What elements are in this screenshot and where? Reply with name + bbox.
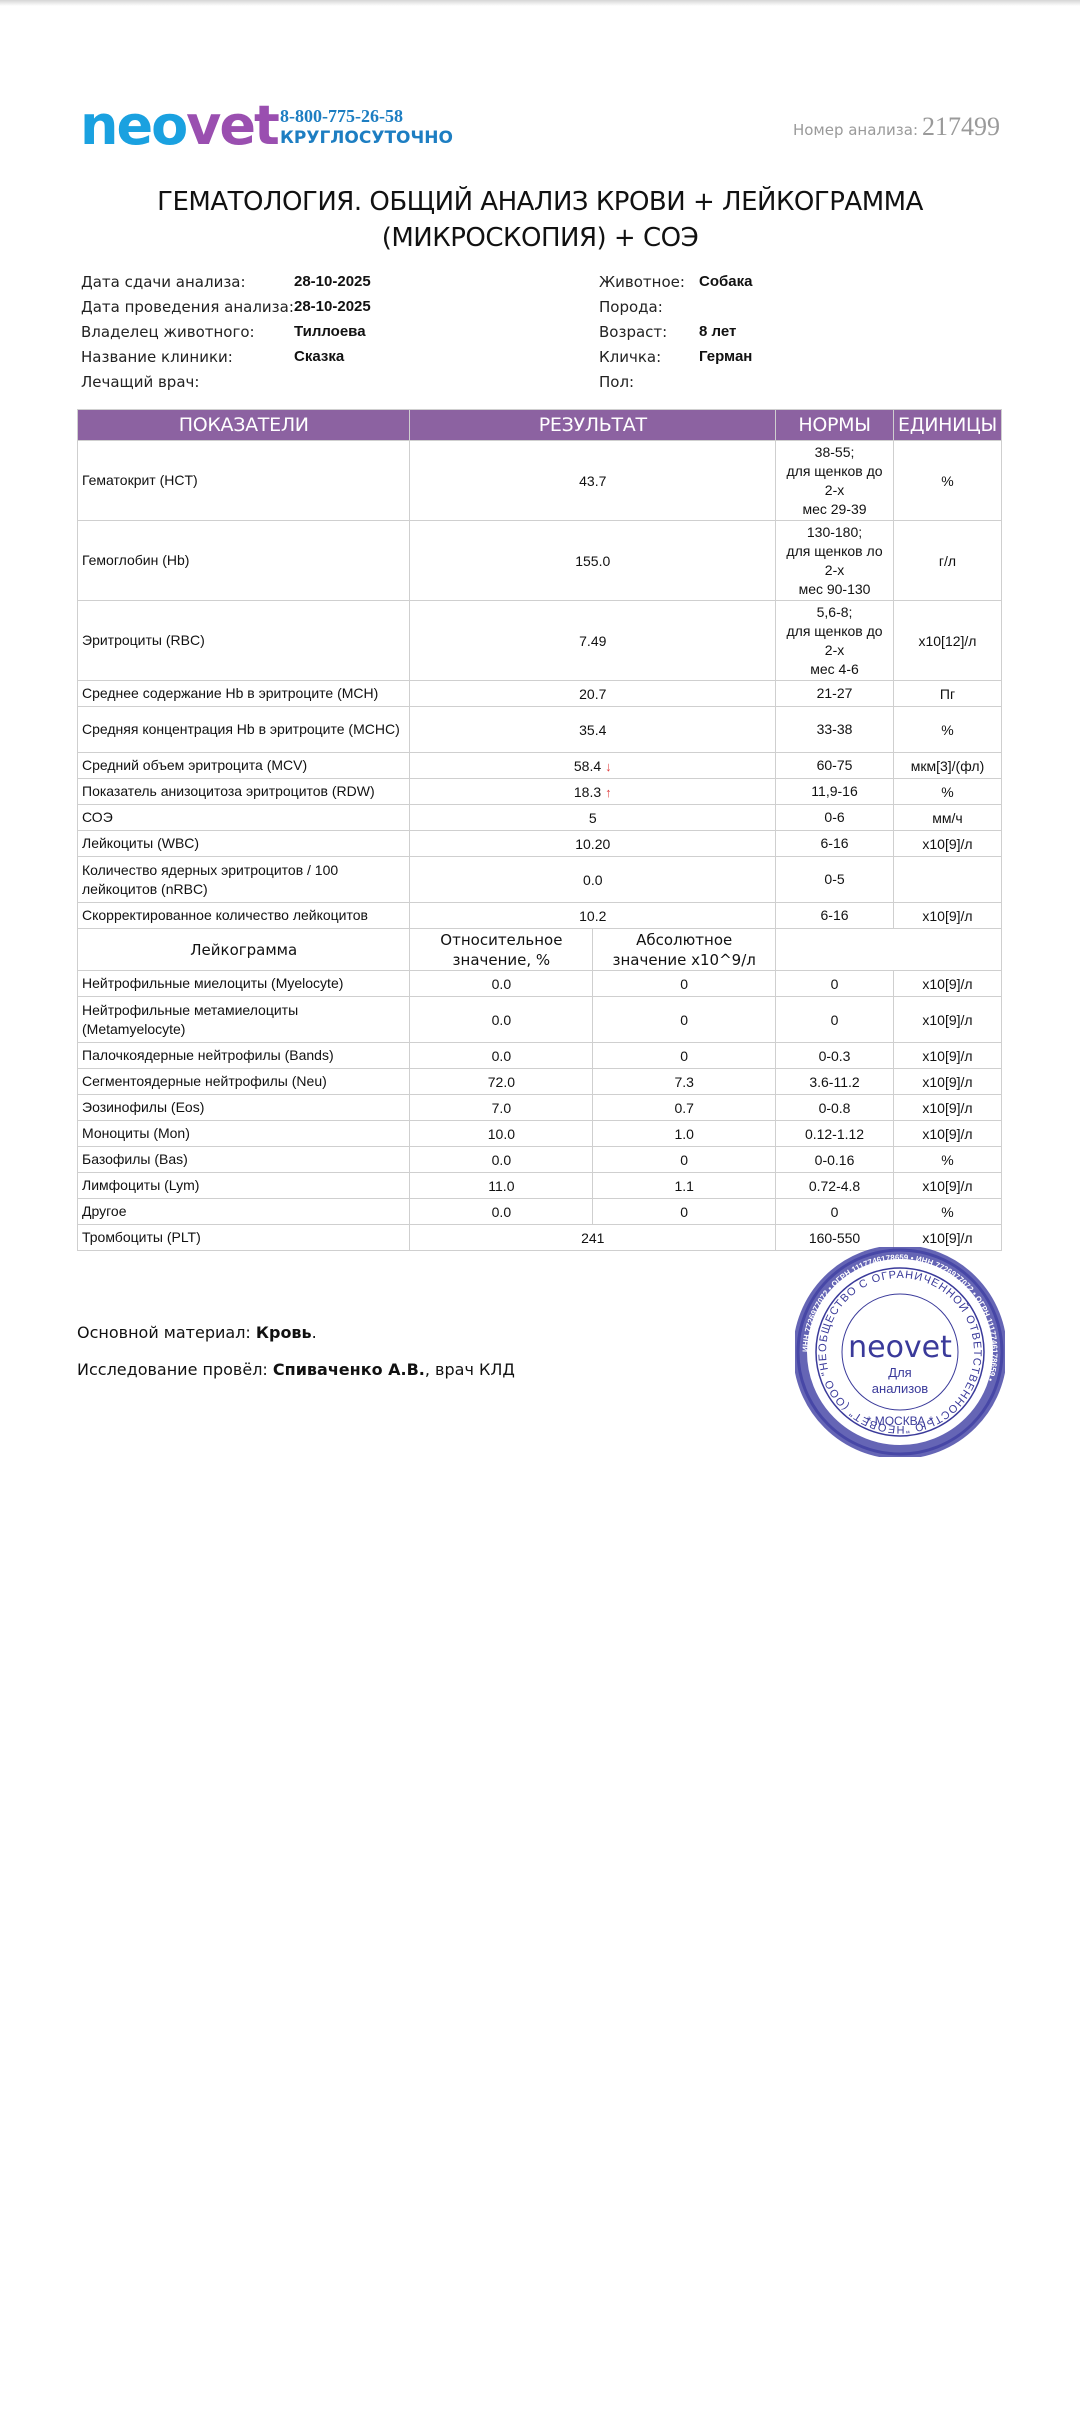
norm-range: 0	[776, 997, 894, 1043]
researcher-title: , врач КЛД	[425, 1360, 515, 1379]
relative-value: 0.0	[410, 997, 593, 1043]
table-row: Эритроциты (RBC)7.495,6-8; для щенков до…	[78, 601, 1002, 681]
info-label: Дата проведения анализа:	[81, 298, 294, 316]
unit: мкм[3]/(фл)	[893, 753, 1001, 779]
neovet-logo: neovet	[80, 98, 278, 154]
analysis-number-value: 217499	[922, 112, 1000, 141]
result-number: 155.0	[575, 553, 610, 569]
result-number: 7.49	[579, 633, 606, 649]
table-row: Средняя концентрация Hb в эритроците (MC…	[78, 707, 1002, 753]
result-number: 35.4	[579, 722, 606, 738]
empty-cell	[776, 929, 1002, 971]
norm-range: 6-16	[776, 831, 894, 857]
absolute-value: 1.0	[593, 1121, 776, 1147]
unit: %	[893, 441, 1001, 521]
info-row: Владелец животного:Тиллоева	[81, 319, 371, 344]
table-row: Количество ядерных эритроцитов / 100 лей…	[78, 857, 1002, 903]
researcher-name: Спиваченко А.В.	[273, 1360, 425, 1379]
info-label: Кличка:	[599, 348, 699, 366]
result-value: 10.2	[410, 903, 776, 929]
indicator-name: СОЭ	[78, 805, 410, 831]
phone-number[interactable]: 8-800-775-26-58	[280, 106, 403, 127]
info-row: Возраст:8 лет	[599, 319, 752, 344]
table-row: СОЭ50-6мм/ч	[78, 805, 1002, 831]
indicator-name: Лейкоциты (WBC)	[78, 831, 410, 857]
result-value: 155.0	[410, 521, 776, 601]
info-value: Тиллоева	[294, 323, 366, 340]
norm-range: 60-75	[776, 753, 894, 779]
norm-range: 0	[776, 971, 894, 997]
cell-type-name: Лимфоциты (Lym)	[78, 1173, 410, 1199]
result-value: 241	[410, 1225, 776, 1251]
patient-info-right: Животное:СобакаПорода:Возраст:8 летКличк…	[599, 269, 752, 394]
leukogram-row: Нейтрофильные метамиелоциты (Metamyelocy…	[78, 997, 1002, 1043]
info-label: Животное:	[599, 273, 699, 291]
header-units: ЕДИНИЦЫ	[893, 410, 1001, 441]
info-row: Название клиники:Сказка	[81, 344, 371, 369]
unit: x10[9]/л	[893, 1173, 1001, 1199]
info-row: Животное:Собака	[599, 269, 752, 294]
info-row: Пол:	[599, 369, 752, 394]
indicator-name: Средняя концентрация Hb в эритроците (MC…	[78, 707, 410, 753]
absolute-value: 0.7	[593, 1095, 776, 1121]
absolute-value: 0	[593, 997, 776, 1043]
indicator-name: Средний объем эритроцита (MCV)	[78, 753, 410, 779]
norm-range: 0.12-1.12	[776, 1121, 894, 1147]
indicator-name: Эритроциты (RBC)	[78, 601, 410, 681]
absolute-value: 7.3	[593, 1069, 776, 1095]
cell-type-name: Нейтрофильные метамиелоциты (Metamyelocy…	[78, 997, 410, 1043]
info-label: Дата сдачи анализа:	[81, 273, 294, 291]
norm-range: 0.72-4.8	[776, 1173, 894, 1199]
cell-type-name: Базофилы (Bas)	[78, 1147, 410, 1173]
cell-type-name: Другое	[78, 1199, 410, 1225]
cell-type-name: Эозинофилы (Eos)	[78, 1095, 410, 1121]
relative-value: 0.0	[410, 1147, 593, 1173]
info-row: Кличка:Герман	[599, 344, 752, 369]
leukogram-row: Нейтрофильные миелоциты (Myelocyte)0.000…	[78, 971, 1002, 997]
patient-info-left: Дата сдачи анализа:28-10-2025Дата провед…	[81, 269, 371, 394]
info-label: Возраст:	[599, 323, 699, 341]
info-label: Порода:	[599, 298, 699, 316]
absolute-value: 0	[593, 1043, 776, 1069]
arrow-up-icon: ↑	[605, 785, 612, 800]
table-row: Гемоглобин (Hb)155.0130-180; для щенков …	[78, 521, 1002, 601]
absolute-value-header: Абсолютное значение x10^9/л	[593, 929, 776, 971]
norm-range: 0	[776, 1199, 894, 1225]
table-row: Лейкоциты (WBC)10.206-16x10[9]/л	[78, 831, 1002, 857]
stamp-city: * МОСКВА *	[867, 1414, 934, 1428]
relative-value: 72.0	[410, 1069, 593, 1095]
unit: %	[893, 779, 1001, 805]
result-number: 18.3	[574, 784, 601, 800]
unit: %	[893, 1147, 1001, 1173]
leukogram-row: Базофилы (Bas)0.000-0.16%	[78, 1147, 1002, 1173]
result-value: 5	[410, 805, 776, 831]
cell-type-name: Палочкоядерные нейтрофилы (Bands)	[78, 1043, 410, 1069]
indicator-name: Скорректированное количество лейкоцитов	[78, 903, 410, 929]
norm-range: 130-180; для щенков ло 2-х мес 90-130	[776, 521, 894, 601]
stamp-purpose-1: Для	[888, 1365, 911, 1380]
info-value: 8 лет	[699, 323, 736, 340]
norm-range: 0-5	[776, 857, 894, 903]
table-row: Показатель анизоцитоза эритроцитов (RDW)…	[78, 779, 1002, 805]
info-label: Название клиники:	[81, 348, 294, 366]
unit: x10[9]/л	[893, 971, 1001, 997]
relative-value: 11.0	[410, 1173, 593, 1199]
unit: x10[9]/л	[893, 1069, 1001, 1095]
results-table: ПОКАЗАТЕЛИ РЕЗУЛЬТАТ НОРМЫ ЕДИНИЦЫ Гемат…	[77, 409, 1002, 1251]
info-label: Пол:	[599, 373, 699, 391]
researcher-label: Исследование провёл:	[77, 1360, 273, 1379]
unit: г/л	[893, 521, 1001, 601]
document-title: ГЕМАТОЛОГИЯ. ОБЩИЙ АНАЛИЗ КРОВИ + ЛЕЙКОГ…	[0, 184, 1080, 256]
unit: x10[9]/л	[893, 1095, 1001, 1121]
unit: %	[893, 1199, 1001, 1225]
title-line-2: (МИКРОСКОПИЯ) + СОЭ	[0, 220, 1080, 256]
info-row: Дата сдачи анализа:28-10-2025	[81, 269, 371, 294]
info-value: Собака	[699, 273, 752, 290]
result-value: 35.4	[410, 707, 776, 753]
unit	[893, 857, 1001, 903]
norm-range: 3.6-11.2	[776, 1069, 894, 1095]
info-label: Владелец животного:	[81, 323, 294, 341]
result-number: 10.20	[575, 836, 610, 852]
result-number: 58.4	[574, 758, 601, 774]
stamp-purpose-2: анализов	[872, 1381, 929, 1396]
header-result: РЕЗУЛЬТАТ	[410, 410, 776, 441]
indicator-name: Гематокрит (HCT)	[78, 441, 410, 521]
absolute-value: 1.1	[593, 1173, 776, 1199]
leukogram-row: Лимфоциты (Lym)11.01.10.72-4.8x10[9]/л	[78, 1173, 1002, 1199]
header-indicators: ПОКАЗАТЕЛИ	[78, 410, 410, 441]
arrow-down-icon: ↓	[605, 759, 612, 774]
info-value: 28-10-2025	[294, 298, 371, 315]
result-number: 10.2	[579, 908, 606, 924]
norm-range: 0-6	[776, 805, 894, 831]
unit: x10[9]/л	[893, 1121, 1001, 1147]
indicator-name: Количество ядерных эритроцитов / 100 лей…	[78, 857, 410, 903]
leukogram-row: Сегментоядерные нейтрофилы (Neu)72.07.33…	[78, 1069, 1002, 1095]
norm-range: 38-55; для щенков до 2-х мес 29-39	[776, 441, 894, 521]
leukogram-header-row: ЛейкограммаОтносительное значение, %Абсо…	[78, 929, 1002, 971]
result-value: 7.49	[410, 601, 776, 681]
info-value: Герман	[699, 348, 752, 365]
result-value: 18.3↑	[410, 779, 776, 805]
result-number: 5	[589, 810, 597, 826]
result-value: 20.7	[410, 681, 776, 707]
relative-value: 0.0	[410, 971, 593, 997]
indicator-name: Среднее содержание Hb в эритроците (MCH)	[78, 681, 410, 707]
absolute-value: 0	[593, 1199, 776, 1225]
table-row: Гематокрит (HCT)43.738-55; для щенков до…	[78, 441, 1002, 521]
unit: x10[9]/л	[893, 997, 1001, 1043]
table-row: Средний объем эритроцита (MCV)58.4↓60-75…	[78, 753, 1002, 779]
logo-neo: neo	[80, 94, 186, 157]
info-value: 28-10-2025	[294, 273, 371, 290]
relative-value: 0.0	[410, 1199, 593, 1225]
unit: x10[9]/л	[893, 903, 1001, 929]
norm-range: 0-0.8	[776, 1095, 894, 1121]
title-line-1: ГЕМАТОЛОГИЯ. ОБЩИЙ АНАЛИЗ КРОВИ + ЛЕЙКОГ…	[0, 184, 1080, 220]
relative-value: 0.0	[410, 1043, 593, 1069]
result-value: 43.7	[410, 441, 776, 521]
leukogram-row: Другое0.000%	[78, 1199, 1002, 1225]
table-row: Среднее содержание Hb в эритроците (MCH)…	[78, 681, 1002, 707]
top-shadow	[0, 0, 1080, 6]
absolute-value: 0	[593, 1147, 776, 1173]
cell-type-name: Моноциты (Mon)	[78, 1121, 410, 1147]
leukogram-title: Лейкограмма	[78, 929, 410, 971]
result-number: 43.7	[579, 473, 606, 489]
researcher-line: Исследование провёл: Спиваченко А.В., вр…	[77, 1360, 515, 1379]
logo-vet: vet	[186, 94, 278, 157]
leukogram-row: Эозинофилы (Eos)7.00.70-0.8x10[9]/л	[78, 1095, 1002, 1121]
header-norms: НОРМЫ	[776, 410, 894, 441]
absolute-value: 0	[593, 971, 776, 997]
result-number: 20.7	[579, 686, 606, 702]
material-label: Основной материал:	[77, 1323, 256, 1342]
unit: %	[893, 707, 1001, 753]
norm-range: 0-0.16	[776, 1147, 894, 1173]
leukogram-row: Палочкоядерные нейтрофилы (Bands)0.000-0…	[78, 1043, 1002, 1069]
leukogram-row: Моноциты (Mon)10.01.00.12-1.12x10[9]/л	[78, 1121, 1002, 1147]
norm-range: 21-27	[776, 681, 894, 707]
cell-type-name: Нейтрофильные миелоциты (Myelocyte)	[78, 971, 410, 997]
indicator-name: Показатель анизоцитоза эритроцитов (RDW)	[78, 779, 410, 805]
table-header-row: ПОКАЗАТЕЛИ РЕЗУЛЬТАТ НОРМЫ ЕДИНИЦЫ	[78, 410, 1002, 441]
clinic-stamp: ИНН 7726977072 • ОГРН 1117746178659 • ИН…	[795, 1247, 1005, 1457]
info-row: Дата проведения анализа:28-10-2025	[81, 294, 371, 319]
analysis-number-label: Номер анализа:	[793, 121, 918, 139]
info-label: Лечащий врач:	[81, 373, 294, 391]
norm-range: 33-38	[776, 707, 894, 753]
relative-value-header: Относительное значение, %	[410, 929, 593, 971]
info-value: Сказка	[294, 348, 344, 365]
indicator-name: Тромбоциты (PLT)	[78, 1225, 410, 1251]
unit: Пг	[893, 681, 1001, 707]
unit: x10[12]/л	[893, 601, 1001, 681]
cell-type-name: Сегментоядерные нейтрофилы (Neu)	[78, 1069, 410, 1095]
working-hours: КРУГЛОСУТОЧНО	[280, 128, 453, 148]
analysis-number: Номер анализа:217499	[793, 112, 1000, 142]
stamp-logo: neovet	[848, 1330, 952, 1365]
result-value: 58.4↓	[410, 753, 776, 779]
table-row: Скорректированное количество лейкоцитов1…	[78, 903, 1002, 929]
unit: x10[9]/л	[893, 831, 1001, 857]
norm-range: 11,9-16	[776, 779, 894, 805]
result-value: 10.20	[410, 831, 776, 857]
norm-range: 0-0.3	[776, 1043, 894, 1069]
relative-value: 7.0	[410, 1095, 593, 1121]
result-value: 0.0	[410, 857, 776, 903]
material-suffix: .	[312, 1323, 317, 1342]
relative-value: 10.0	[410, 1121, 593, 1147]
info-row: Лечащий врач:	[81, 369, 371, 394]
result-number: 0.0	[583, 872, 602, 888]
indicator-name: Гемоглобин (Hb)	[78, 521, 410, 601]
material-line: Основной материал: Кровь.	[77, 1323, 317, 1342]
info-row: Порода:	[599, 294, 752, 319]
unit: мм/ч	[893, 805, 1001, 831]
norm-range: 5,6-8; для щенков до 2-х мес 4-6	[776, 601, 894, 681]
norm-range: 6-16	[776, 903, 894, 929]
material-value: Кровь	[256, 1323, 312, 1342]
unit: x10[9]/л	[893, 1043, 1001, 1069]
